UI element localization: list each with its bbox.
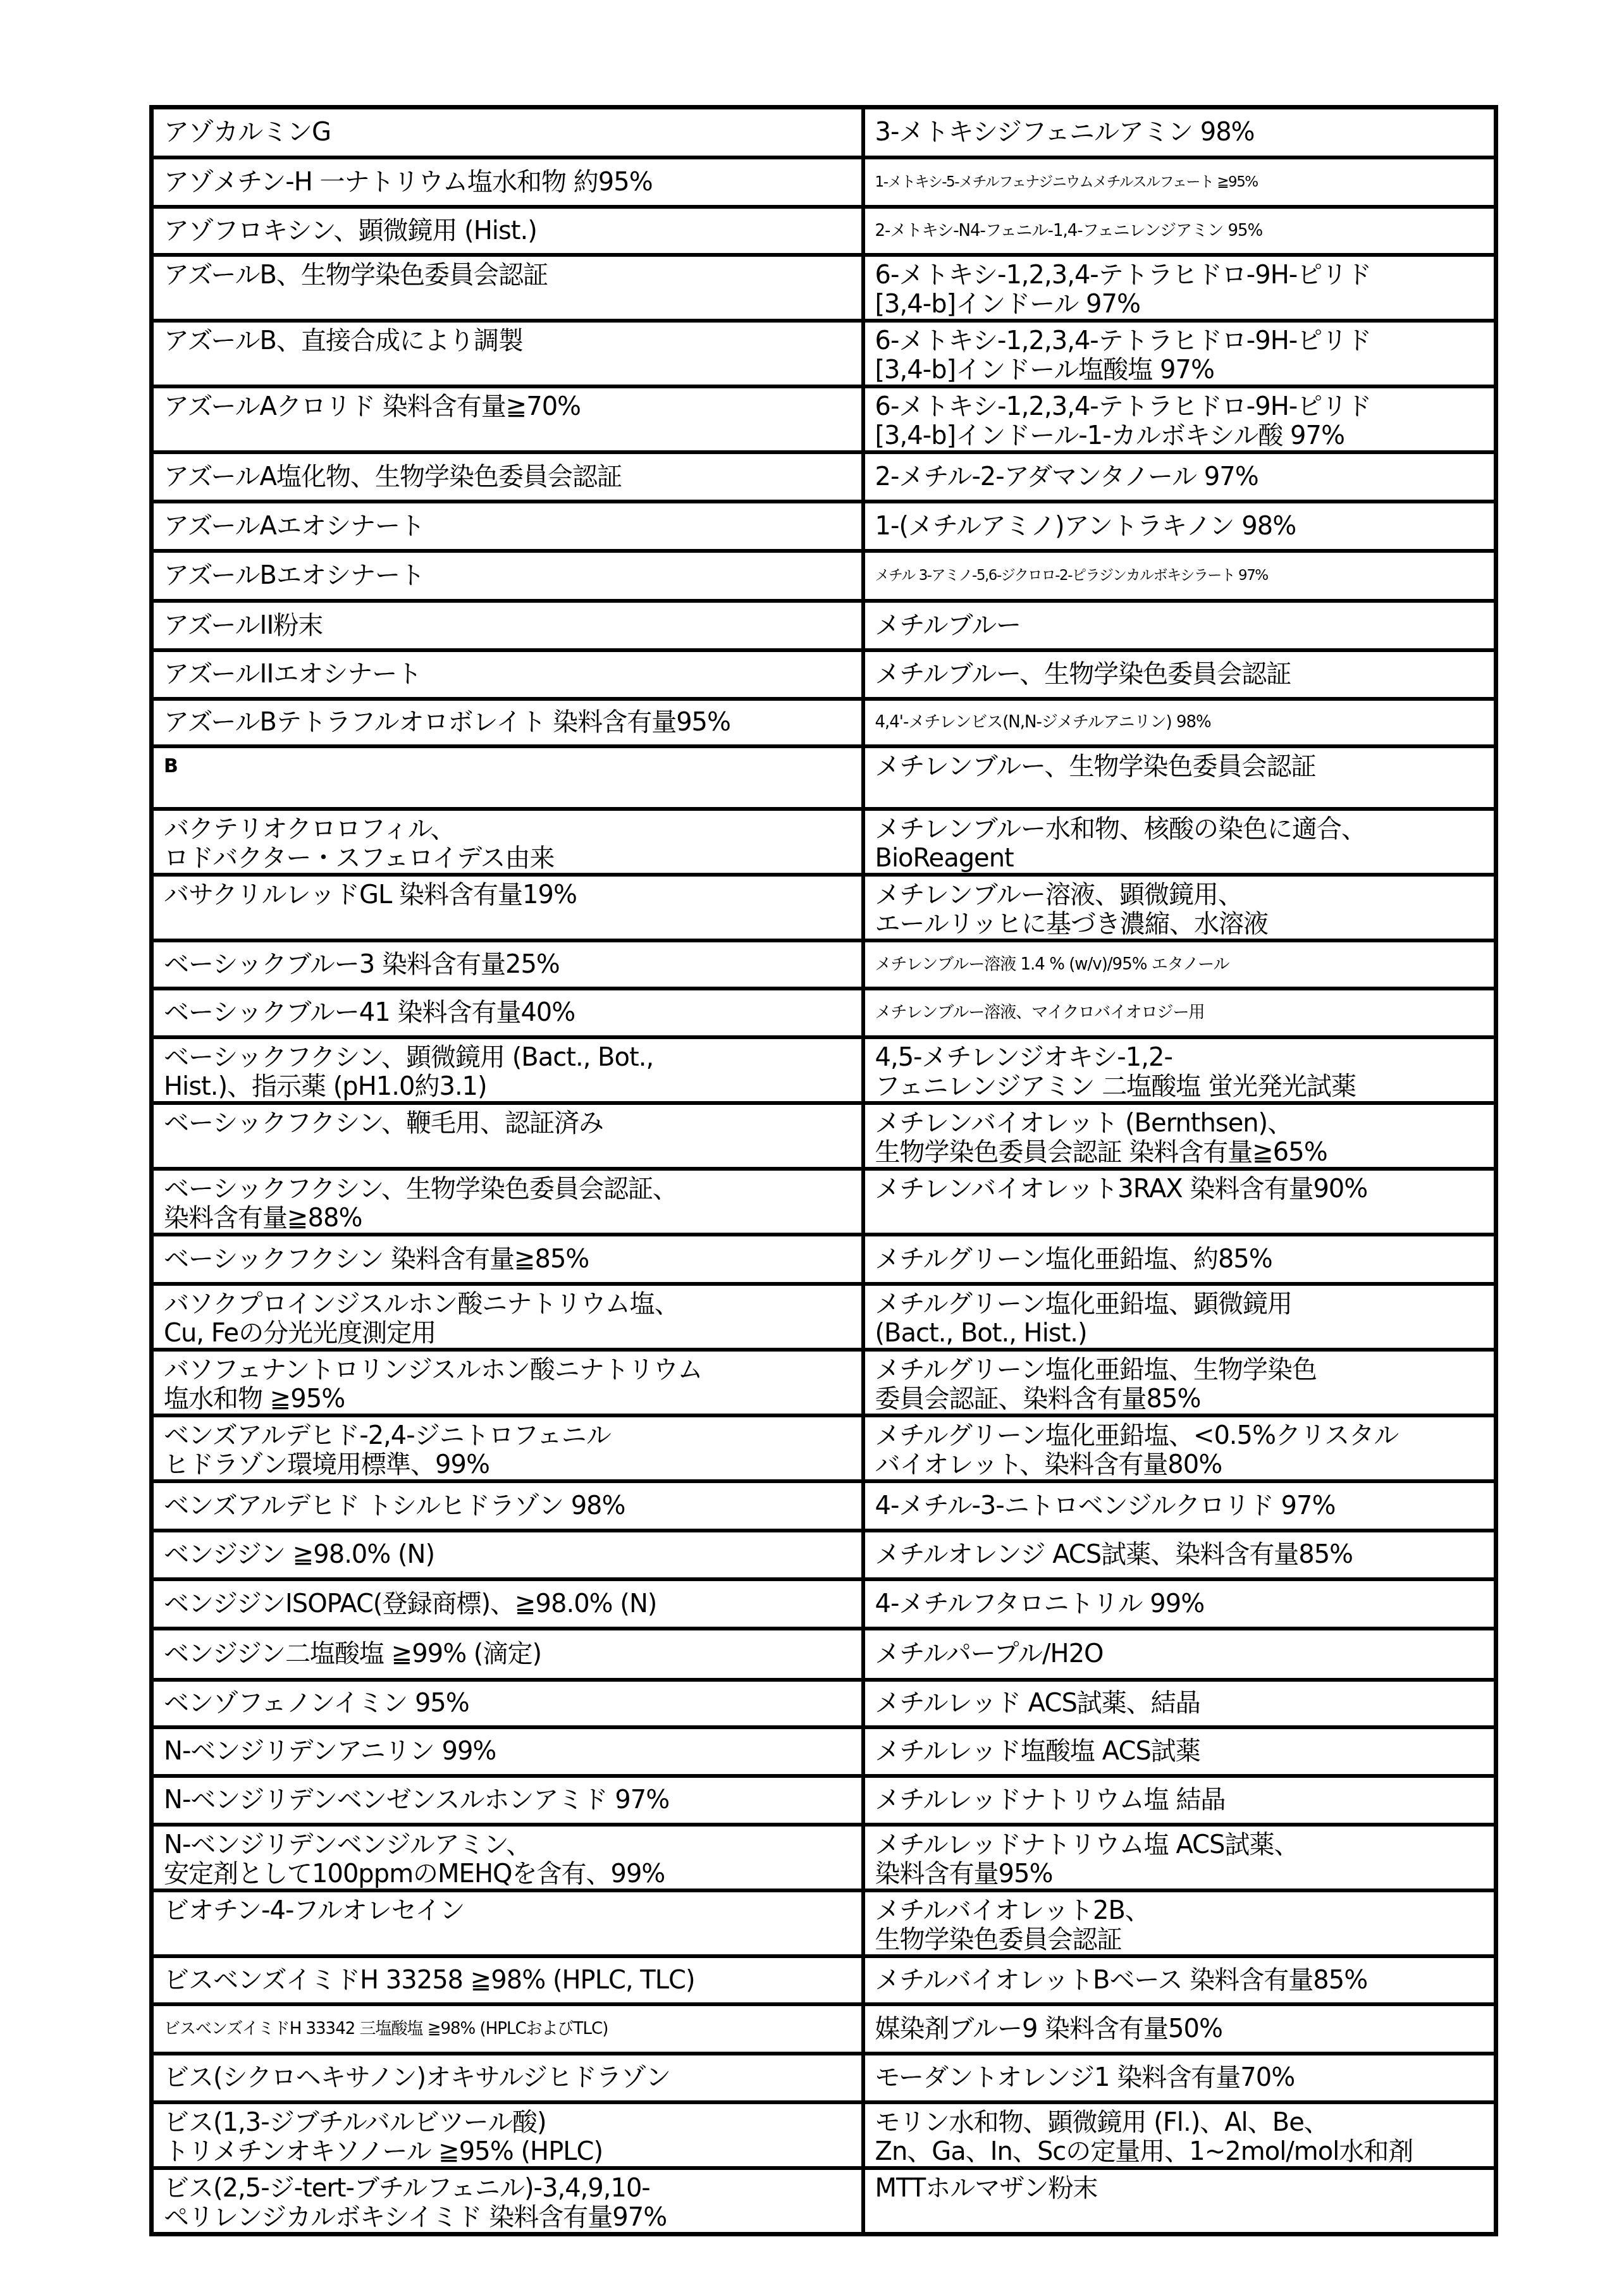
japanese-name-cell: アズールB、生物学染色委員会認証 (152, 255, 863, 321)
japanese-name-cell-right: 6-メトキシ-1,2,3,4-テトラヒドロ-9H-ピリド [3,4-b]インドー… (863, 255, 1496, 321)
japanese-name-cell: ベンズアルデヒド-2,4-ジニトロフェニル ヒドラゾン環境用標準、99% (152, 1415, 863, 1481)
table-row: ベーシックフクシン、鞭毛用、認証済みメチレンバイオレット (Bernthsen)… (152, 1103, 1496, 1169)
table-row: アズールA塩化物、生物学染色委員会認証2-メチル-2-アダマンタノール 97% (152, 452, 1496, 502)
japanese-name-cell-right: メチルレッド ACS試薬、結晶 (863, 1680, 1496, 1727)
japanese-name-cell-right: 1-(メチルアミノ)アントラキノン 98% (863, 502, 1496, 551)
table-row: アゾフロキシン、顕微鏡用 (Hist.)2-メトキシ-N4-フェニル-1,4-フ… (152, 207, 1496, 255)
japanese-name-cell-right: MTTホルマザン粉末 (863, 2168, 1496, 2234)
japanese-name-cell: ベンゾフェノンイミン 95% (152, 1680, 863, 1727)
table-row: アゾメチン-H 一ナトリウム塩水和物 約95%1-メトキシ-5-メチルフェナジニ… (152, 157, 1496, 207)
table-row: ビスベンズイミドH 33342 三塩酸塩 ≧98% (HPLCおよびTLC)媒染… (152, 2004, 1496, 2054)
japanese-name-cell-right: メチルバイオレット2B、 生物学染色委員会認証 (863, 1890, 1496, 1956)
table-row: バソフェナントロリンジスルホン酸ニナトリウム 塩水和物 ≧95%メチルグリーン塩… (152, 1350, 1496, 1415)
japanese-name-cell: ベンジジン ≧98.0% (N) (152, 1531, 863, 1579)
japanese-name-cell-right: メチルグリーン塩化亜鉛塩、<0.5%クリスタル バイオレット、染料含有量80% (863, 1415, 1496, 1481)
japanese-name-cell: ベンジジン二塩酸塩 ≧99% (滴定) (152, 1629, 863, 1680)
table-row: ベーシックブルー41 染料含有量40%メチレンブルー溶液、マイクロバイオロジー用 (152, 989, 1496, 1037)
japanese-name-cell-right: メチルバイオレットBベース 染料含有量85% (863, 1956, 1496, 2004)
japanese-name-cell-right: メチレンブルー溶液、マイクロバイオロジー用 (863, 989, 1496, 1037)
japanese-name-cell: ベーシックブルー3 染料含有量25% (152, 940, 863, 989)
japanese-name-cell-right: メチル 3-アミノ-5,6-ジクロロ-2-ピラジンカルボキシラート 97% (863, 551, 1496, 601)
japanese-name-cell: ベンジジンISOPAC(登録商標)、≧98.0% (N) (152, 1579, 863, 1629)
japanese-name-cell-right: メチルレッドナトリウム塩 結晶 (863, 1776, 1496, 1825)
japanese-name-cell-right: メチルレッド塩酸塩 ACS試薬 (863, 1727, 1496, 1776)
japanese-name-cell: アズールAクロリド 染料含有量≧70% (152, 386, 863, 452)
japanese-name-cell-right: 6-メトキシ-1,2,3,4-テトラヒドロ-9H-ピリド [3,4-b]インドー… (863, 386, 1496, 452)
table-row: ビス(1,3-ジブチルバルビツール酸) トリメチンオキソノール ≧95% (HP… (152, 2102, 1496, 2168)
japanese-name-cell: ベーシックフクシン 染料含有量≧85% (152, 1235, 863, 1284)
table-row: N-ベンジリデンベンジルアミン、 安定剤として100ppmのMEHQを含有、99… (152, 1825, 1496, 1890)
table-row: アズールB、直接合成により調製6-メトキシ-1,2,3,4-テトラヒドロ-9H-… (152, 321, 1496, 386)
japanese-name-cell: アズールA塩化物、生物学染色委員会認証 (152, 452, 863, 502)
japanese-name-cell: アズールBテトラフルオロボレイト 染料含有量95% (152, 699, 863, 746)
japanese-name-cell-right: メチルグリーン塩化亜鉛塩、顕微鏡用 (Bact., Bot., Hist.) (863, 1284, 1496, 1350)
table-row: Bメチレンブルー、生物学染色委員会認証 (152, 746, 1496, 809)
table-row: ベンジジン二塩酸塩 ≧99% (滴定)メチルパープル/H2O (152, 1629, 1496, 1680)
table-row: ベンジジンISOPAC(登録商標)、≧98.0% (N)4-メチルフタロニトリル… (152, 1579, 1496, 1629)
japanese-name-cell: N-ベンジリデンアニリン 99% (152, 1727, 863, 1776)
table-row: アズールII粉末メチルブルー (152, 601, 1496, 650)
japanese-name-cell-right: メチルブルー、生物学染色委員会認証 (863, 650, 1496, 699)
japanese-name-cell-right: 4-メチルフタロニトリル 99% (863, 1579, 1496, 1629)
table-row: ビオチン-4-フルオレセインメチルバイオレット2B、 生物学染色委員会認証 (152, 1890, 1496, 1956)
japanese-name-cell-right: 1-メトキシ-5-メチルフェナジニウムメチルスルフェート ≧95% (863, 157, 1496, 207)
table-row: ベーシックフクシン 染料含有量≧85%メチルグリーン塩化亜鉛塩、約85% (152, 1235, 1496, 1284)
japanese-name-cell-right: 4,5-メチレンジオキシ-1,2- フェニレンジアミン 二塩酸塩 蛍光発光試薬 (863, 1037, 1496, 1103)
japanese-name-cell-right: メチルブルー (863, 601, 1496, 650)
table-row: ベンズアルデヒド-2,4-ジニトロフェニル ヒドラゾン環境用標準、99%メチルグ… (152, 1415, 1496, 1481)
japanese-name-cell-right: メチルオレンジ ACS試薬、染料含有量85% (863, 1531, 1496, 1579)
japanese-name-cell-right: 4,4'-メチレンビス(N,N-ジメチルアニリン) 98% (863, 699, 1496, 746)
japanese-name-cell-right: メチレンブルー溶液 1.4 % (w/v)/95% エタノール (863, 940, 1496, 989)
japanese-name-cell: アズールII粉末 (152, 601, 863, 650)
compound-name-table: アゾカルミンG3-メトキシジフェニルアミン 98%アゾメチン-H 一ナトリウム塩… (149, 105, 1498, 2236)
table-row: バクテリオクロロフィル、 ロドバクター・スフェロイデス由来メチレンブルー水和物、… (152, 809, 1496, 875)
japanese-name-cell: アゾカルミンG (152, 108, 863, 157)
table-row: バサクリルレッドGL 染料含有量19%メチレンブルー溶液、顕微鏡用、 エールリッ… (152, 875, 1496, 940)
japanese-name-cell-right: メチレンブルー、生物学染色委員会認証 (863, 746, 1496, 809)
japanese-name-cell-right: 2-メトキシ-N4-フェニル-1,4-フェニレンジアミン 95% (863, 207, 1496, 255)
table-row: ベンズアルデヒド トシルヒドラゾン 98%4-メチル-3-ニトロベンジルクロリド… (152, 1481, 1496, 1531)
japanese-name-cell-right: 4-メチル-3-ニトロベンジルクロリド 97% (863, 1481, 1496, 1531)
table-row: アズールBエオシナートメチル 3-アミノ-5,6-ジクロロ-2-ピラジンカルボキ… (152, 551, 1496, 601)
japanese-name-cell-right: 2-メチル-2-アダマンタノール 97% (863, 452, 1496, 502)
table-row: ベーシックフクシン、顕微鏡用 (Bact., Bot., Hist.)、指示薬 … (152, 1037, 1496, 1103)
japanese-name-cell: アズールB、直接合成により調製 (152, 321, 863, 386)
japanese-name-cell: バクテリオクロロフィル、 ロドバクター・スフェロイデス由来 (152, 809, 863, 875)
japanese-name-cell-right: 6-メトキシ-1,2,3,4-テトラヒドロ-9H-ピリド [3,4-b]インドー… (863, 321, 1496, 386)
japanese-name-cell: ビス(シクロヘキサノン)オキサルジヒドラゾン (152, 2054, 863, 2102)
japanese-name-cell-right: メチルレッドナトリウム塩 ACS試薬、 染料含有量95% (863, 1825, 1496, 1890)
table-row: アゾカルミンG3-メトキシジフェニルアミン 98% (152, 108, 1496, 157)
table-row: アズールBテトラフルオロボレイト 染料含有量95%4,4'-メチレンビス(N,N… (152, 699, 1496, 746)
japanese-name-cell: ビスベンズイミドH 33342 三塩酸塩 ≧98% (HPLCおよびTLC) (152, 2004, 863, 2054)
japanese-name-cell-right: メチレンバイオレット (Bernthsen)、 生物学染色委員会認証 染料含有量… (863, 1103, 1496, 1169)
japanese-name-cell: N-ベンジリデンベンジルアミン、 安定剤として100ppmのMEHQを含有、99… (152, 1825, 863, 1890)
japanese-name-cell: ベーシックブルー41 染料含有量40% (152, 989, 863, 1037)
table-row: ビス(シクロヘキサノン)オキサルジヒドラゾンモーダントオレンジ1 染料含有量70… (152, 2054, 1496, 2102)
japanese-name-cell: ベンズアルデヒド トシルヒドラゾン 98% (152, 1481, 863, 1531)
japanese-name-cell-right: 媒染剤ブルー9 染料含有量50% (863, 2004, 1496, 2054)
japanese-name-cell-right: メチレンブルー水和物、核酸の染色に適合、 BioReagent (863, 809, 1496, 875)
japanese-name-cell: アズールAエオシナート (152, 502, 863, 551)
japanese-name-cell-right: メチルグリーン塩化亜鉛塩、生物学染色 委員会認証、染料含有量85% (863, 1350, 1496, 1415)
table-row: アズールB、生物学染色委員会認証6-メトキシ-1,2,3,4-テトラヒドロ-9H… (152, 255, 1496, 321)
japanese-name-cell-right: モリン水和物、顕微鏡用 (Fl.)、Al、Be、 Zn、Ga、In、Scの定量用… (863, 2102, 1496, 2168)
table-row: アズールAクロリド 染料含有量≧70%6-メトキシ-1,2,3,4-テトラヒドロ… (152, 386, 1496, 452)
japanese-name-cell-right: 3-メトキシジフェニルアミン 98% (863, 108, 1496, 157)
japanese-name-cell: ビスベンズイミドH 33258 ≧98% (HPLC, TLC) (152, 1956, 863, 2004)
japanese-name-cell: ビオチン-4-フルオレセイン (152, 1890, 863, 1956)
japanese-name-cell: アズールBエオシナート (152, 551, 863, 601)
table-row: アズールAエオシナート1-(メチルアミノ)アントラキノン 98% (152, 502, 1496, 551)
japanese-name-cell: バソフェナントロリンジスルホン酸ニナトリウム 塩水和物 ≧95% (152, 1350, 863, 1415)
table-row: ベンジジン ≧98.0% (N)メチルオレンジ ACS試薬、染料含有量85% (152, 1531, 1496, 1579)
japanese-name-cell-right: メチレンバイオレット3RAX 染料含有量90% (863, 1169, 1496, 1235)
japanese-name-cell: アゾフロキシン、顕微鏡用 (Hist.) (152, 207, 863, 255)
table-row: N-ベンジリデンアニリン 99%メチルレッド塩酸塩 ACS試薬 (152, 1727, 1496, 1776)
japanese-name-cell-right: モーダントオレンジ1 染料含有量70% (863, 2054, 1496, 2102)
table-body: アゾカルミンG3-メトキシジフェニルアミン 98%アゾメチン-H 一ナトリウム塩… (152, 108, 1496, 2234)
table-row: ベーシックブルー3 染料含有量25%メチレンブルー溶液 1.4 % (w/v)/… (152, 940, 1496, 989)
japanese-name-cell: N-ベンジリデンベンゼンスルホンアミド 97% (152, 1776, 863, 1825)
japanese-name-cell: アズールIIエオシナート (152, 650, 863, 699)
table-row: アズールIIエオシナートメチルブルー、生物学染色委員会認証 (152, 650, 1496, 699)
japanese-name-cell: アゾメチン-H 一ナトリウム塩水和物 約95% (152, 157, 863, 207)
japanese-name-cell: B (152, 746, 863, 809)
table-row: N-ベンジリデンベンゼンスルホンアミド 97%メチルレッドナトリウム塩 結晶 (152, 1776, 1496, 1825)
table-row: ビス(2,5-ジ-tert-ブチルフェニル)-3,4,9,10- ペリレンジカル… (152, 2168, 1496, 2234)
table-row: ベーシックフクシン、生物学染色委員会認証、 染料含有量≧88%メチレンバイオレッ… (152, 1169, 1496, 1235)
japanese-name-cell: ベーシックフクシン、生物学染色委員会認証、 染料含有量≧88% (152, 1169, 863, 1235)
table-row: ビスベンズイミドH 33258 ≧98% (HPLC, TLC)メチルバイオレッ… (152, 1956, 1496, 2004)
japanese-name-cell-right: メチルパープル/H2O (863, 1629, 1496, 1680)
japanese-name-cell-right: メチルグリーン塩化亜鉛塩、約85% (863, 1235, 1496, 1284)
japanese-name-cell: ベーシックフクシン、顕微鏡用 (Bact., Bot., Hist.)、指示薬 … (152, 1037, 863, 1103)
japanese-name-cell: バサクリルレッドGL 染料含有量19% (152, 875, 863, 940)
japanese-name-cell-right: メチレンブルー溶液、顕微鏡用、 エールリッヒに基づき濃縮、水溶液 (863, 875, 1496, 940)
japanese-name-cell: ベーシックフクシン、鞭毛用、認証済み (152, 1103, 863, 1169)
table-row: バソクプロインジスルホン酸ニナトリウム塩、 Cu, Feの分光光度測定用メチルグ… (152, 1284, 1496, 1350)
japanese-name-cell: ビス(1,3-ジブチルバルビツール酸) トリメチンオキソノール ≧95% (HP… (152, 2102, 863, 2168)
japanese-name-cell: バソクプロインジスルホン酸ニナトリウム塩、 Cu, Feの分光光度測定用 (152, 1284, 863, 1350)
table-row: ベンゾフェノンイミン 95%メチルレッド ACS試薬、結晶 (152, 1680, 1496, 1727)
japanese-name-cell: ビス(2,5-ジ-tert-ブチルフェニル)-3,4,9,10- ペリレンジカル… (152, 2168, 863, 2234)
